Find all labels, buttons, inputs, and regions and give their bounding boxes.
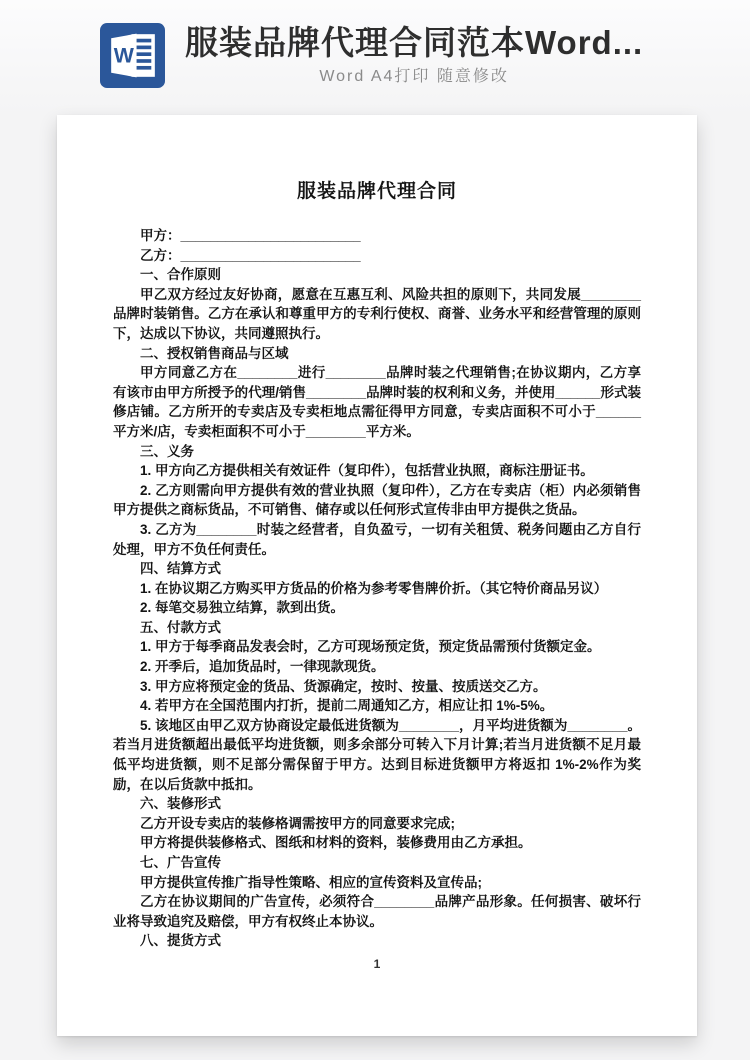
doc-paragraph-para: 甲方同意乙方在________进行________品牌时装之代理销售;在协议期内…: [113, 363, 641, 441]
document-title: 服装品牌代理合同: [57, 181, 697, 203]
doc-paragraph-heading: 六、装修形式: [113, 794, 641, 814]
site-header: W 服装品牌代理合同范本Word... Word A4打印 随意修改: [0, 0, 750, 112]
doc-paragraph-heading: 七、广告宣传: [113, 853, 641, 873]
svg-text:W: W: [114, 44, 135, 68]
doc-paragraph-para: 2. 开季后，追加货品时，一律现款现货。: [113, 657, 641, 677]
doc-body: 甲方：________________________乙方：__________…: [57, 203, 697, 951]
doc-paragraph-para: 2. 每笔交易独立结算，款到出货。: [113, 598, 641, 618]
doc-paragraph-para: 2. 乙方则需向甲方提供有效的营业执照（复印件），乙方在专卖店（柜）内必须销售甲…: [113, 481, 641, 520]
document-page: 服装品牌代理合同 甲方：________________________乙方：_…: [57, 115, 697, 1036]
doc-paragraph-heading: 二、授权销售商品与区域: [113, 344, 641, 364]
doc-paragraph-para: 5. 该地区由甲乙双方协商设定最低进货额为________，月平均进货额为___…: [113, 716, 641, 794]
doc-paragraph-para: 甲方提供宣传推广指导性策略、相应的宣传资料及宣传品;: [113, 873, 641, 893]
doc-paragraph-para: 1. 在协议期乙方购买甲方货品的价格为参考零售牌价折。（其它特价商品另议）: [113, 579, 641, 599]
listing-title: 服装品牌代理合同范本Word...: [185, 23, 643, 63]
doc-paragraph-heading: 五、付款方式: [113, 618, 641, 638]
doc-paragraph-field: 甲方：________________________: [113, 226, 641, 246]
header-titles: 服装品牌代理合同范本Word... Word A4打印 随意修改: [185, 23, 643, 87]
doc-paragraph-para: 甲方将提供装修格式、图纸和材料的资料，装修费用由乙方承担。: [113, 833, 641, 853]
page-number: 1: [57, 957, 697, 971]
doc-paragraph-para: 1. 甲方于每季商品发表会时，乙方可现场预定货，预定货品需预付货额定金。: [113, 637, 641, 657]
word-icon: W: [100, 23, 165, 88]
doc-paragraph-heading: 一、合作原则: [113, 265, 641, 285]
doc-paragraph-para: 乙方开设专卖店的装修格调需按甲方的同意要求完成;: [113, 814, 641, 834]
doc-paragraph-para: 1. 甲方向乙方提供相关有效证件（复印件），包括营业执照，商标注册证书。: [113, 461, 641, 481]
doc-paragraph-para: 4. 若甲方在全国范围内打折，提前二周通知乙方，相应让扣 1%-5%。: [113, 696, 641, 716]
doc-paragraph-heading: 八、提货方式: [113, 931, 641, 951]
doc-paragraph-field: 乙方：________________________: [113, 246, 641, 266]
listing-subtitle: Word A4打印 随意修改: [319, 67, 509, 87]
doc-paragraph-para: 乙方在协议期间的广告宣传，必须符合________品牌产品形象。任何损害、破坏行…: [113, 892, 641, 931]
doc-paragraph-para: 3. 乙方为________时装之经营者，自负盈亏，一切有关租赁、税务问题由乙方…: [113, 520, 641, 559]
doc-paragraph-para: 3. 甲方应将预定金的货品、货源确定，按时、按量、按质送交乙方。: [113, 677, 641, 697]
doc-paragraph-para: 甲乙双方经过友好协商，愿意在互惠互利、风险共担的原则下，共同发展________…: [113, 285, 641, 344]
doc-paragraph-heading: 四、结算方式: [113, 559, 641, 579]
doc-paragraph-heading: 三、义务: [113, 442, 641, 462]
